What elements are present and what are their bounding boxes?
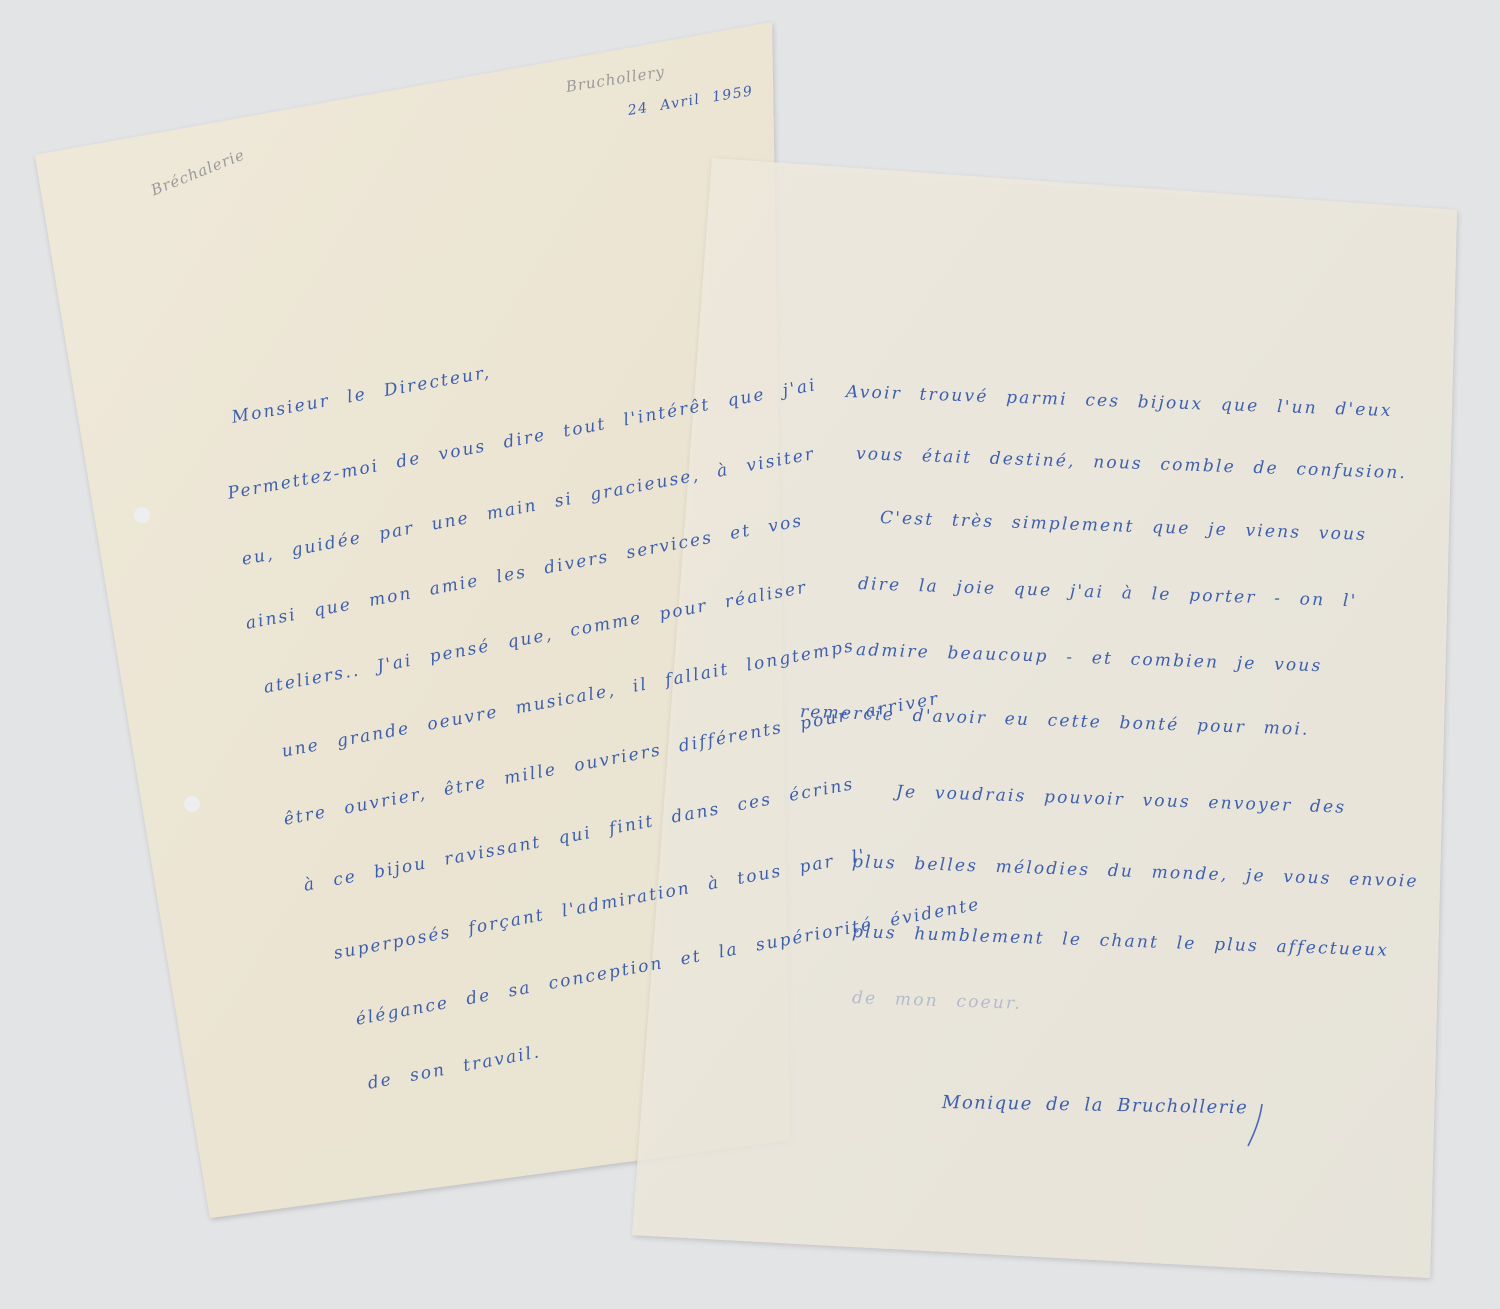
punch-hole — [184, 796, 200, 812]
signature-flourish — [1240, 1100, 1270, 1150]
photo-scene: Bruchollery 24 Avril 1959 Bréchalerie Mo… — [0, 0, 1500, 1309]
punch-hole — [134, 507, 150, 523]
